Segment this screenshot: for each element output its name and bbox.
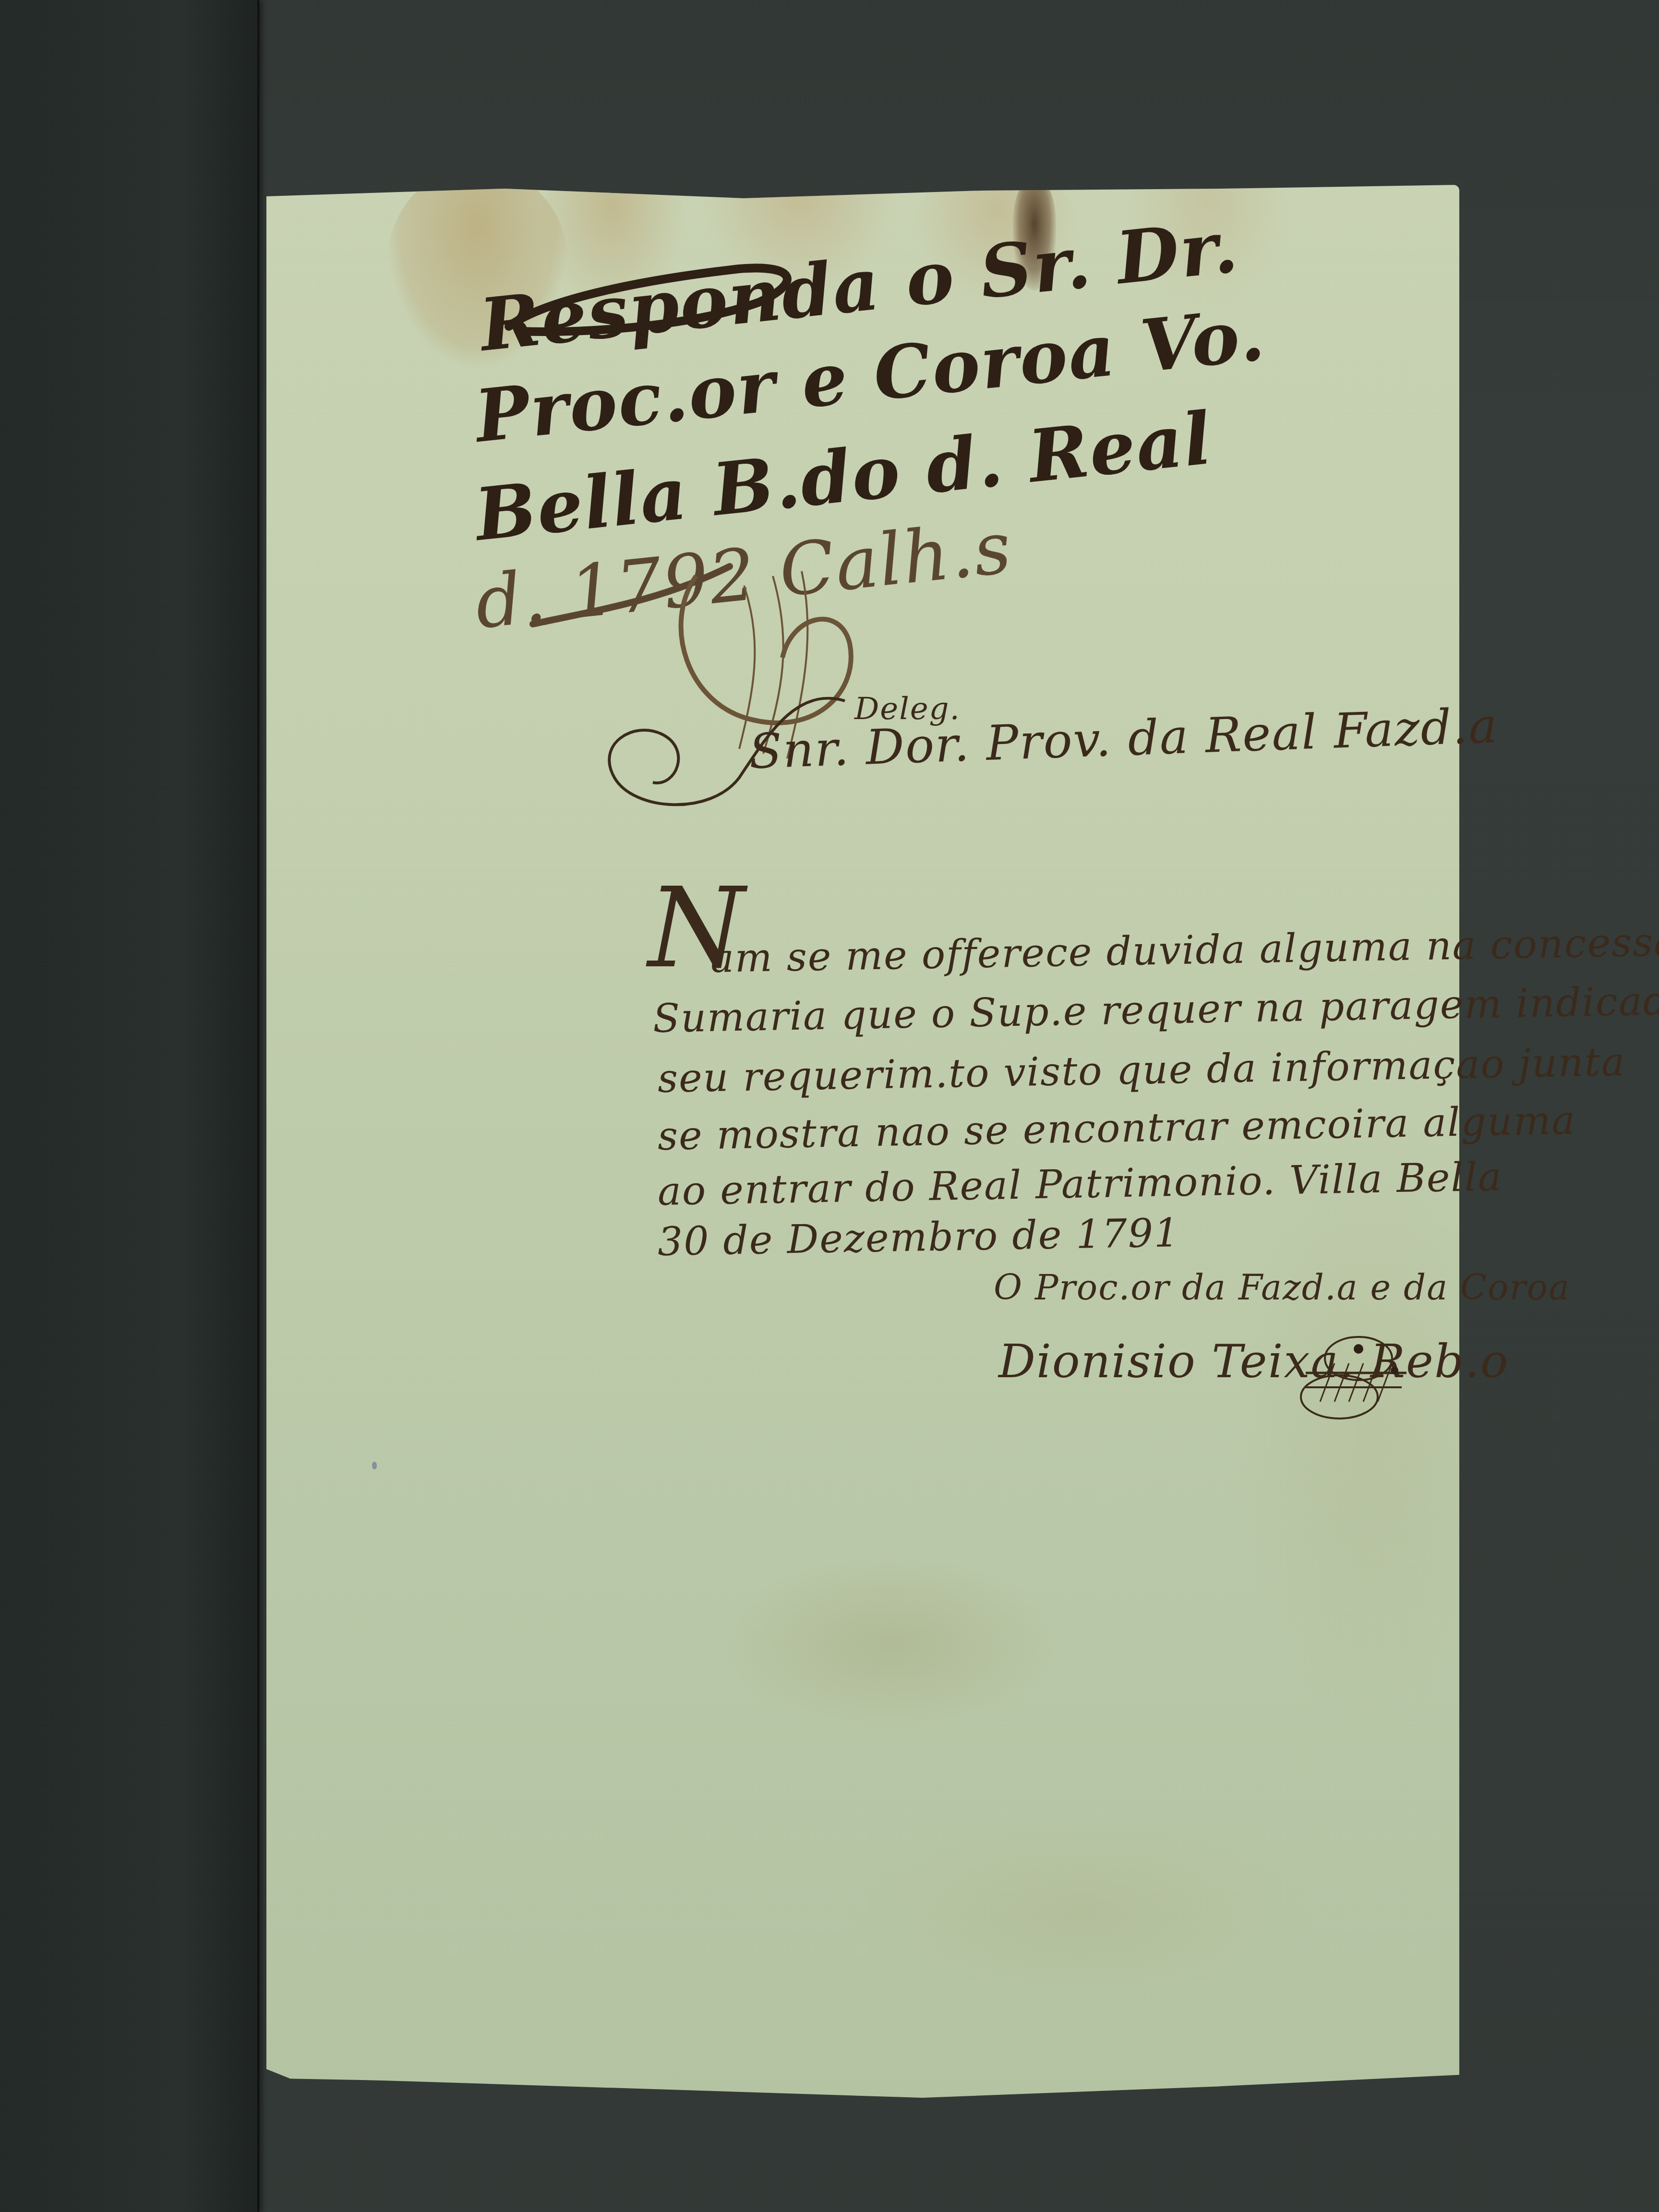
- signatory-name: Dionisio Teixa. Reb.o: [998, 1334, 1509, 1388]
- signature-rubric-icon: [1286, 1330, 1416, 1426]
- ink-spot: [372, 1462, 377, 1469]
- binding-board: [0, 0, 259, 2212]
- address-superscript: Deleg.: [854, 691, 961, 727]
- date-line: 30 de Dezembro de 1791: [657, 1210, 1180, 1265]
- scan-background: Responda o Sr. Dr. Proc.or e Coroa Vo. B…: [0, 0, 1659, 2212]
- signatory-title: O Proc.or da Fazd.a e da Coroa: [994, 1267, 1570, 1308]
